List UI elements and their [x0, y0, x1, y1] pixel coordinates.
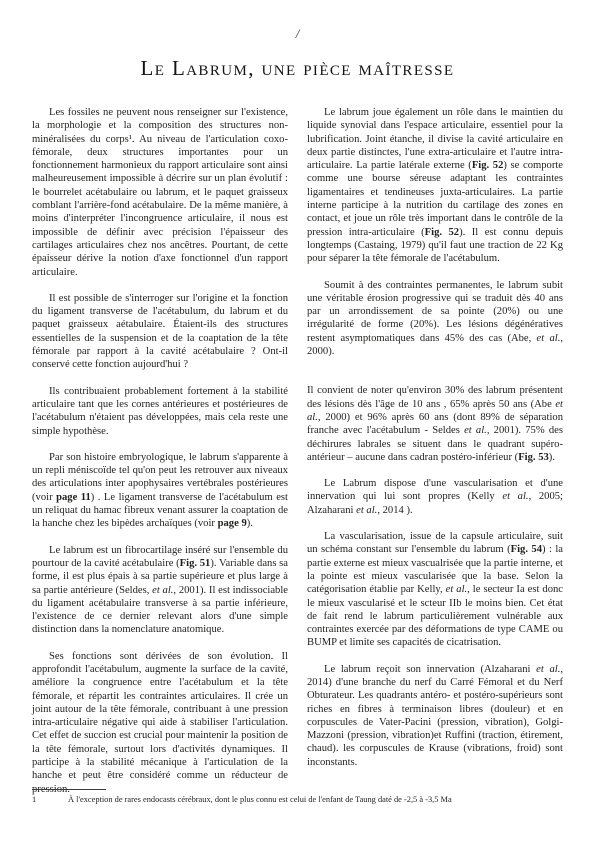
right-column: Le labrum joue également un rôle dans le…: [307, 106, 563, 809]
paragraph-lesions-statistiques: Il convient de noter qu'environ 30% des …: [307, 384, 563, 464]
paragraph-fonctions: Ses fonctions sont dérivées de son évolu…: [32, 650, 288, 796]
footnote-line: 1 À l'exception de rares endocasts céréb…: [32, 795, 563, 805]
page-header-mark: /: [0, 0, 595, 42]
paragraph-fibrocartilage: Le labrum est un fibrocartilage inséré s…: [32, 544, 288, 637]
paragraph-stabilite: Ils contribuaient probablement fortement…: [32, 385, 288, 438]
document-page: / Le Labrum, une pièce maîtresse Les fos…: [0, 0, 595, 809]
paragraph-embryologie: Par son histoire embryologique, le labru…: [32, 451, 288, 531]
paragraph-vascularisation-intro: Le Labrum dispose d'une vascularisation …: [307, 477, 563, 517]
footnote-divider: [32, 789, 106, 790]
page-title: Le Labrum, une pièce maîtresse: [0, 56, 595, 81]
footnote-text: À l'exception de rares endocasts cérébra…: [68, 795, 563, 805]
paragraph-liquide-synovial: Le labrum joue également un rôle dans le…: [307, 106, 563, 266]
paragraph-innervation: Le labrum reçoit son innervation (Alzaha…: [307, 663, 563, 769]
footnote-number: 1: [32, 795, 68, 805]
paragraph-fossiles: Les fossiles ne peuvent nous renseigner …: [32, 106, 288, 279]
paragraph-interrogation: Il est possible de s'interroger sur l'or…: [32, 292, 288, 372]
paragraph-vascularisation-schema: La vascularisation, issue de la capsule …: [307, 530, 563, 650]
text-columns: Les fossiles ne peuvent nous renseigner …: [32, 106, 563, 809]
paragraph-erosion: Soumit à des contraintes permanentes, le…: [307, 279, 563, 359]
left-column: Les fossiles ne peuvent nous renseigner …: [32, 106, 288, 809]
footnote: 1 À l'exception de rares endocasts céréb…: [32, 789, 563, 805]
